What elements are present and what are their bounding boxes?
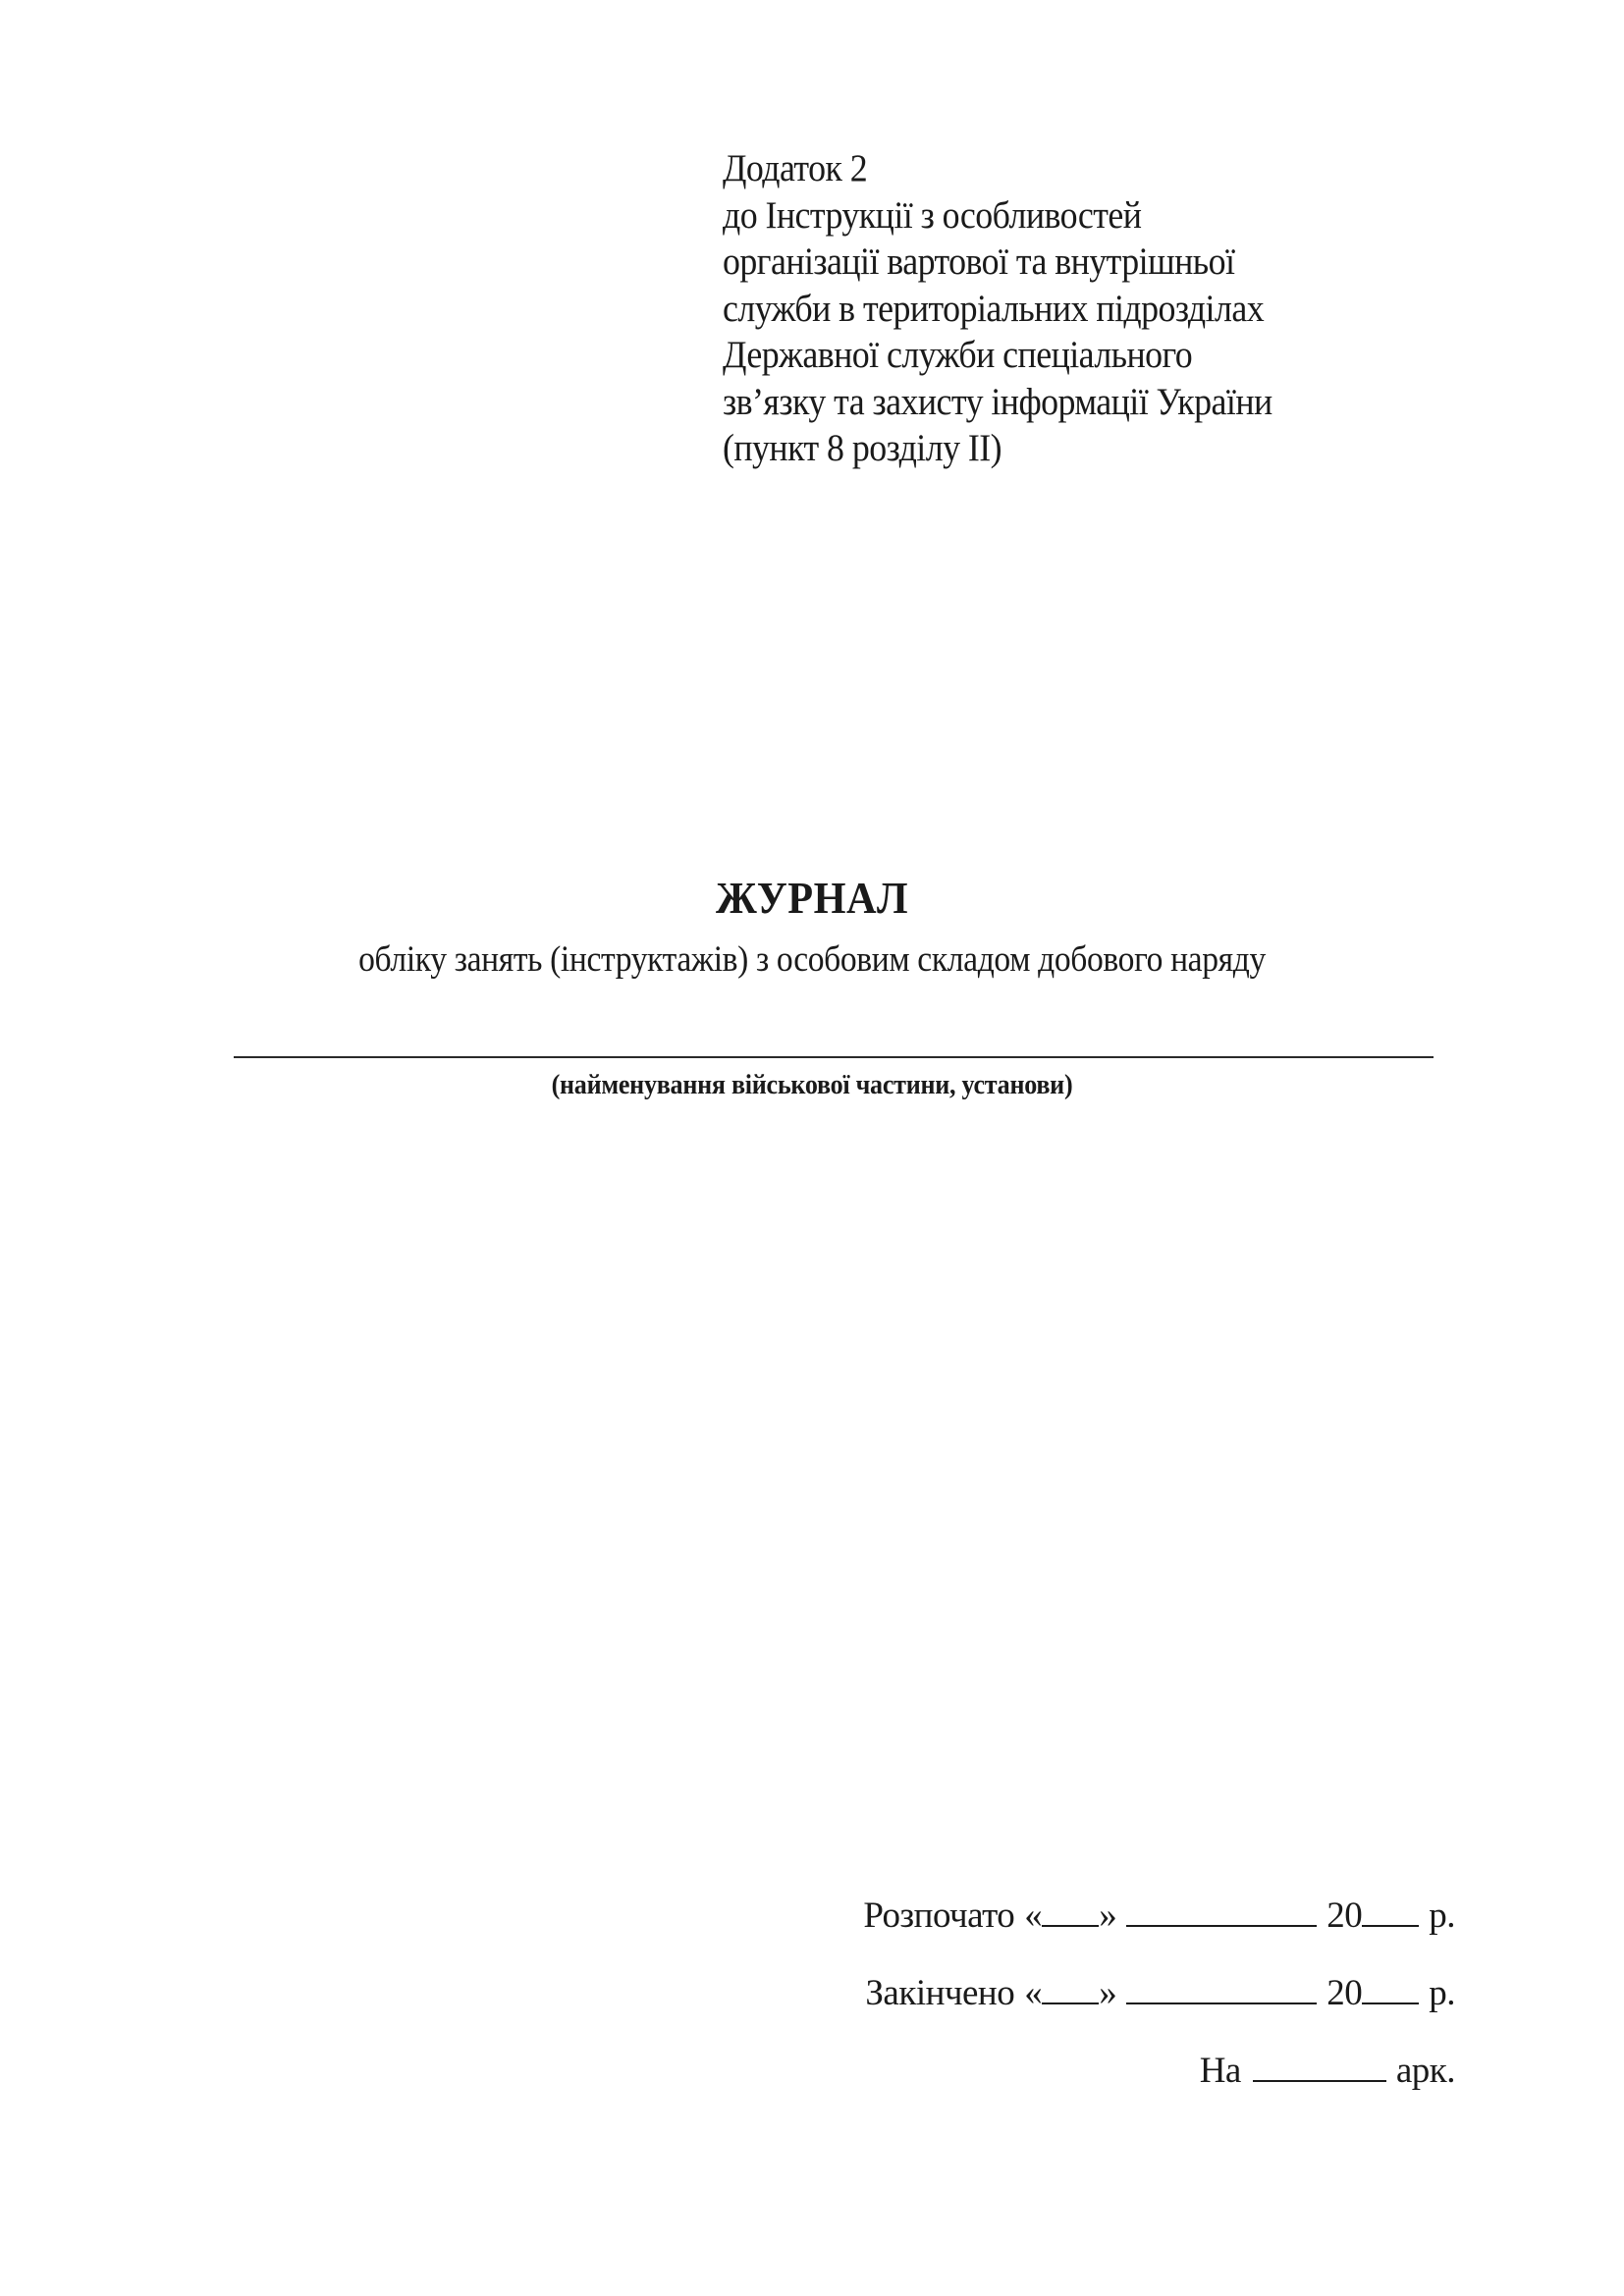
year-prefix: 20 <box>1326 1972 1362 2014</box>
year-suffix: р. <box>1429 1972 1455 2014</box>
started-day-field[interactable] <box>1042 1896 1099 1927</box>
unit-name-field[interactable] <box>234 1056 1434 1058</box>
started-label: Розпочато <box>863 1895 1014 1937</box>
sheets-suffix: арк. <box>1396 2050 1455 2092</box>
year-prefix: 20 <box>1326 1895 1362 1937</box>
appendix-line: Додаток 2 <box>723 145 1272 192</box>
appendix-header: Додаток 2 до Інструкції з особливостей о… <box>723 145 1272 472</box>
sheets-prefix: На <box>1200 2050 1241 2092</box>
started-year-field[interactable] <box>1362 1896 1419 1927</box>
finished-year-field[interactable] <box>1362 1973 1419 2004</box>
close-quote: » <box>1099 1895 1116 1937</box>
appendix-line: зв’язку та захисту інформації України <box>723 379 1272 426</box>
unit-name-caption: (найменування військової частини, устано… <box>81 1069 1543 1101</box>
finished-label: Закінчено <box>865 1972 1014 2014</box>
journal-subtitle: обліку занять (інструктажів) з особовим … <box>65 937 1559 980</box>
started-month-field[interactable] <box>1126 1896 1317 1927</box>
sheets-row: На арк. <box>863 2050 1455 2089</box>
journal-title: ЖУРНАЛ <box>65 872 1559 924</box>
finished-row: Закінчено « » 20 р. <box>863 1972 1455 2011</box>
finished-day-field[interactable] <box>1042 1973 1099 2004</box>
started-row: Розпочато « » 20 р. <box>863 1895 1455 1934</box>
appendix-line: до Інструкції з особливостей <box>723 192 1272 240</box>
open-quote: « <box>1024 1972 1042 2014</box>
appendix-line: (пункт 8 розділу II) <box>723 425 1272 472</box>
sheets-count-field[interactable] <box>1253 2051 1386 2082</box>
appendix-line: Державної служби спеціального <box>723 332 1272 379</box>
appendix-line: служби в територіальних підрозділах <box>723 286 1272 333</box>
dates-block: Розпочато « » 20 р. Закінчено « » 20 р. … <box>863 1895 1455 2127</box>
open-quote: « <box>1024 1895 1042 1937</box>
finished-month-field[interactable] <box>1126 1973 1317 2004</box>
appendix-line: організації вартової та внутрішньої <box>723 239 1272 286</box>
close-quote: » <box>1099 1972 1116 2014</box>
year-suffix: р. <box>1429 1895 1455 1937</box>
